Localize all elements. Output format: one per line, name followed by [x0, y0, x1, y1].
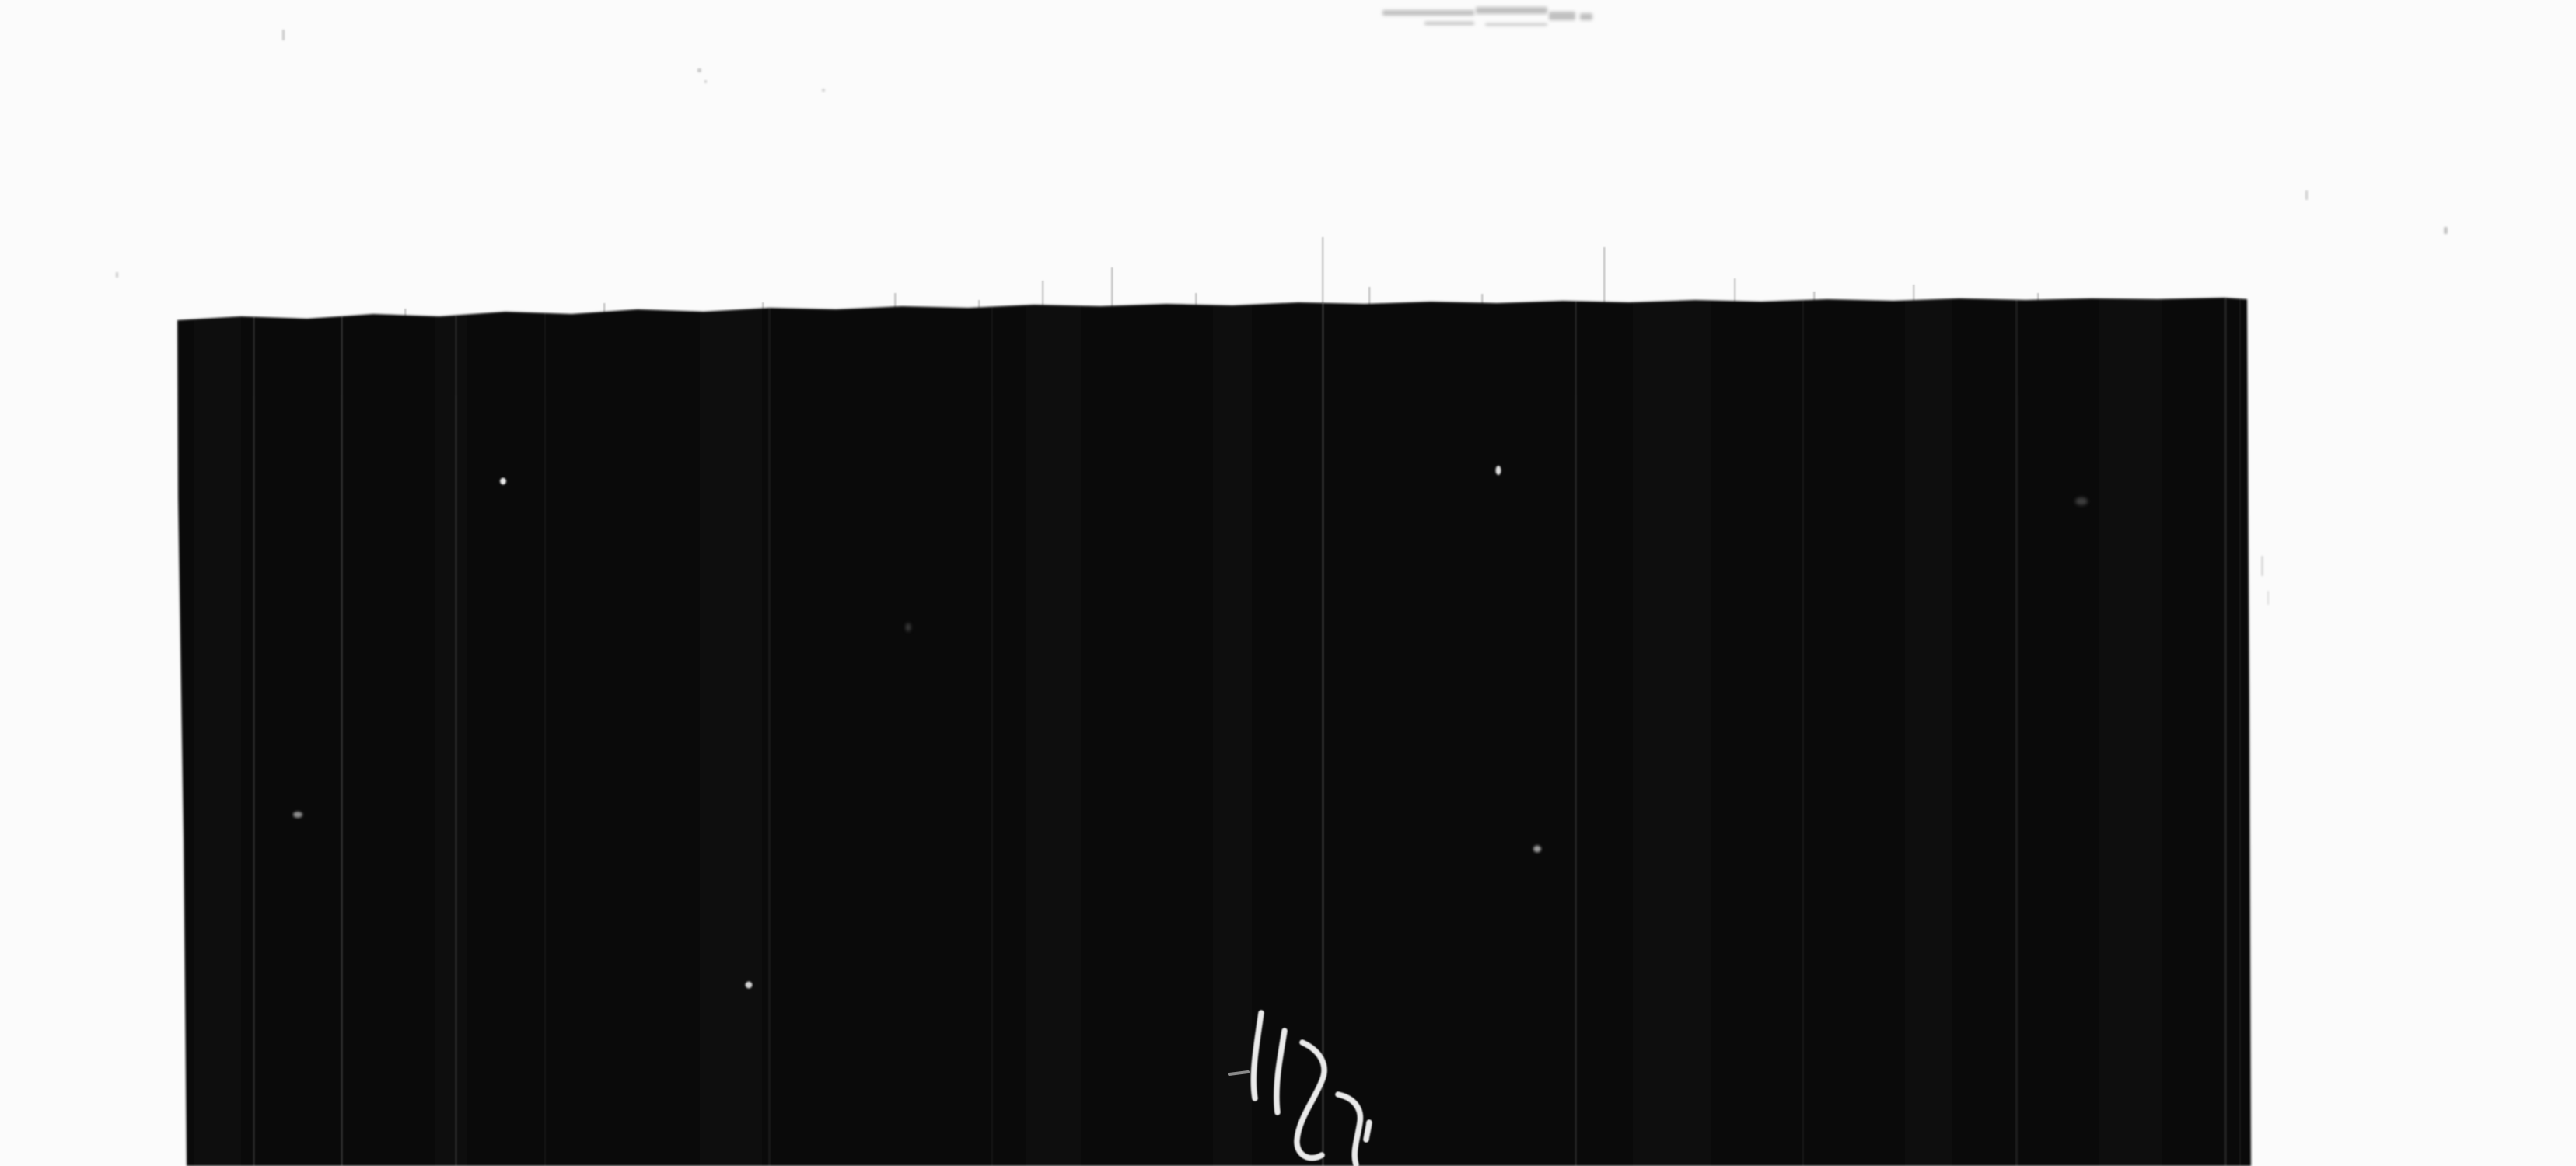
- edge-fringe-streak: [1603, 247, 1606, 308]
- star-speck: [746, 982, 753, 989]
- scan-streak: [341, 295, 343, 1166]
- paper-fleck: [2444, 227, 2448, 234]
- scan-streak: [768, 295, 771, 1166]
- scan-svg: [0, 0, 2576, 1166]
- star-speck: [1496, 466, 1501, 475]
- scan-streak: [253, 295, 255, 1166]
- star-speck: [1533, 846, 1541, 853]
- paper-fleck: [822, 89, 825, 92]
- scan-streak: [1802, 295, 1804, 1166]
- paper-fleck: [2267, 591, 2269, 605]
- star-speck: [500, 478, 506, 485]
- paper-fleck: [282, 30, 285, 40]
- scanner-band: [700, 295, 762, 1166]
- scan-streak: [455, 295, 457, 1166]
- scan-streak: [991, 295, 993, 1166]
- scan-streak: [2239, 295, 2241, 1166]
- top-smudge-mark: [1549, 12, 1575, 20]
- paper-fleck: [697, 68, 701, 72]
- scan-streak: [544, 295, 546, 1166]
- scanner-band: [194, 295, 241, 1166]
- top-smudge-mark: [1580, 13, 1592, 20]
- scanner-band: [1905, 295, 1952, 1166]
- scanned-page: [0, 0, 2576, 1166]
- paper-fleck: [2261, 556, 2263, 576]
- scan-streak: [1322, 295, 1324, 1166]
- edge-fringe-streak: [1322, 237, 1324, 311]
- star-speck: [293, 812, 302, 818]
- scanner-band: [1026, 295, 1081, 1166]
- paper-fleck: [116, 272, 118, 278]
- top-smudge-mark: [1424, 22, 1474, 25]
- scan-streak: [2015, 295, 2018, 1166]
- scanner-band: [1213, 295, 1252, 1166]
- edge-fringe-streak: [1111, 267, 1113, 312]
- top-smudge-mark: [1485, 23, 1547, 26]
- paper-fleck: [704, 80, 707, 83]
- handwriting-stroke: [1366, 1122, 1369, 1140]
- scan-streak: [1575, 295, 1577, 1166]
- paper-fleck: [2305, 190, 2308, 200]
- photo-print: [177, 295, 2251, 1166]
- top-smudge-mark: [1476, 7, 1547, 14]
- scan-streak: [2224, 295, 2227, 1166]
- star-speck: [2075, 497, 2088, 505]
- scanner-band: [435, 295, 467, 1166]
- top-smudge-mark: [1382, 10, 1474, 16]
- scanner-band: [1633, 295, 1711, 1166]
- scanner-band: [2099, 295, 2162, 1166]
- star-speck: [906, 623, 911, 632]
